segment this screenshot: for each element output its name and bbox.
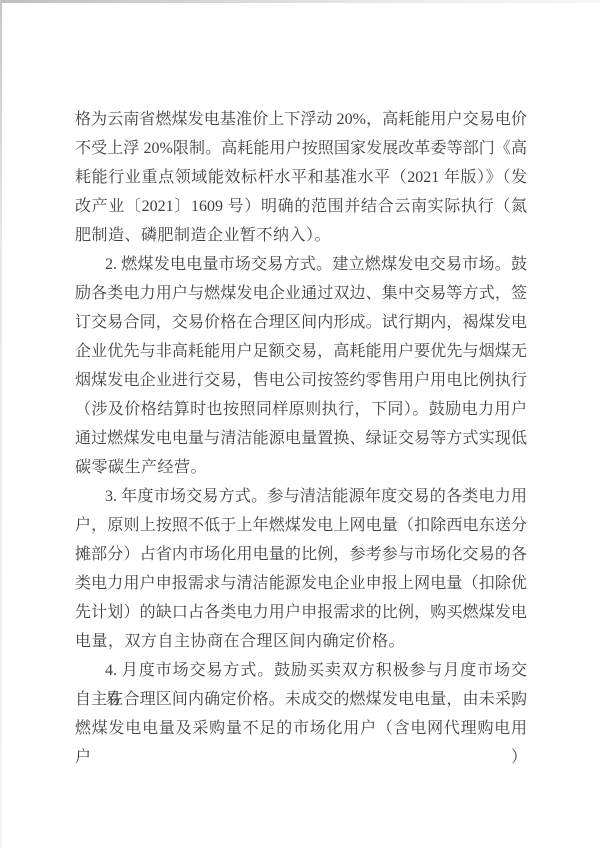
paragraph-4: 4. 月度市场交易方式。鼓励买卖双方积极参与月度市场交易， 自主在合理区间内确定… <box>75 656 527 743</box>
text-line: 摊部分）占省内市场化用电量的比例，参考参与市场化交易的各 <box>75 540 527 569</box>
text-line: 4. 月度市场交易方式。鼓励买卖双方积极参与月度市场交易， <box>75 656 527 685</box>
text-line: 改产业〔2021〕1609 号）明确的范围并结合云南实际执行（氮 <box>75 192 527 221</box>
document-body: 格为云南省燃煤发电基准价上下浮动 20%，高耗能用户交易电价 不受上浮 20%限… <box>75 105 527 743</box>
text-line: 自主在合理区间内确定价格。未成交的燃煤发电电量，由未采购 <box>75 685 527 714</box>
document-page: 格为云南省燃煤发电基准价上下浮动 20%，高耗能用户交易电价 不受上浮 20%限… <box>0 0 600 848</box>
page-left-edge <box>0 0 2 848</box>
text-line: 订交易合同，交易价格在合理区间内形成。试行期内，褐煤发电 <box>75 308 527 337</box>
text-line: （涉及价格结算时也按照同样原则执行，下同）。鼓励电力用户 <box>75 395 527 424</box>
text-line: 不受上浮 20%限制。高耗能用户按照国家发展改革委等部门《高 <box>75 134 527 163</box>
text-line: 励各类电力用户与燃煤发电企业通过双边、集中交易等方式，签 <box>75 279 527 308</box>
text-line: 烟煤发电企业进行交易，售电公司按签约零售用户用电比例执行 <box>75 366 527 395</box>
text-line: 先计划）的缺口占各类电力用户申报需求的比例，购买燃煤发电 <box>75 598 527 627</box>
paragraph-1: 格为云南省燃煤发电基准价上下浮动 20%，高耗能用户交易电价 不受上浮 20%限… <box>75 105 527 250</box>
text-line: 通过燃煤发电电量与清洁能源电量置换、绿证交易等方式实现低 <box>75 424 527 453</box>
text-line: 格为云南省燃煤发电基准价上下浮动 20%，高耗能用户交易电价 <box>75 105 527 134</box>
text-line: 2. 燃煤发电电量市场交易方式。建立燃煤发电交易市场。鼓 <box>75 250 527 279</box>
text-line: 燃煤发电电量及采购量不足的市场化用户（含电网代理购电用户） <box>75 714 527 743</box>
paragraph-3: 3. 年度市场交易方式。参与清洁能源年度交易的各类电力用 户，原则上按照不低于上… <box>75 482 527 656</box>
text-line: 户，原则上按照不低于上年燃煤发电上网电量（扣除西电东送分 <box>75 511 527 540</box>
text-line: 耗能行业重点领域能效标杆水平和基准水平（2021 年版）》（发 <box>75 163 527 192</box>
paragraph-2: 2. 燃煤发电电量市场交易方式。建立燃煤发电交易市场。鼓 励各类电力用户与燃煤发… <box>75 250 527 482</box>
text-line: 类电力用户申报需求与清洁能源发电企业申报上网电量（扣除优 <box>75 569 527 598</box>
text-line: 肥制造、磷肥制造企业暂不纳入）。 <box>75 221 527 250</box>
page-top-edge <box>0 0 600 3</box>
text-line: 电量，双方自主协商在合理区间内确定价格。 <box>75 627 527 656</box>
text-line: 3. 年度市场交易方式。参与清洁能源年度交易的各类电力用 <box>75 482 527 511</box>
text-line: 碳零碳生产经营。 <box>75 453 527 482</box>
text-line: 企业优先与非高耗能用户足额交易，高耗能用户要优先与烟煤无 <box>75 337 527 366</box>
